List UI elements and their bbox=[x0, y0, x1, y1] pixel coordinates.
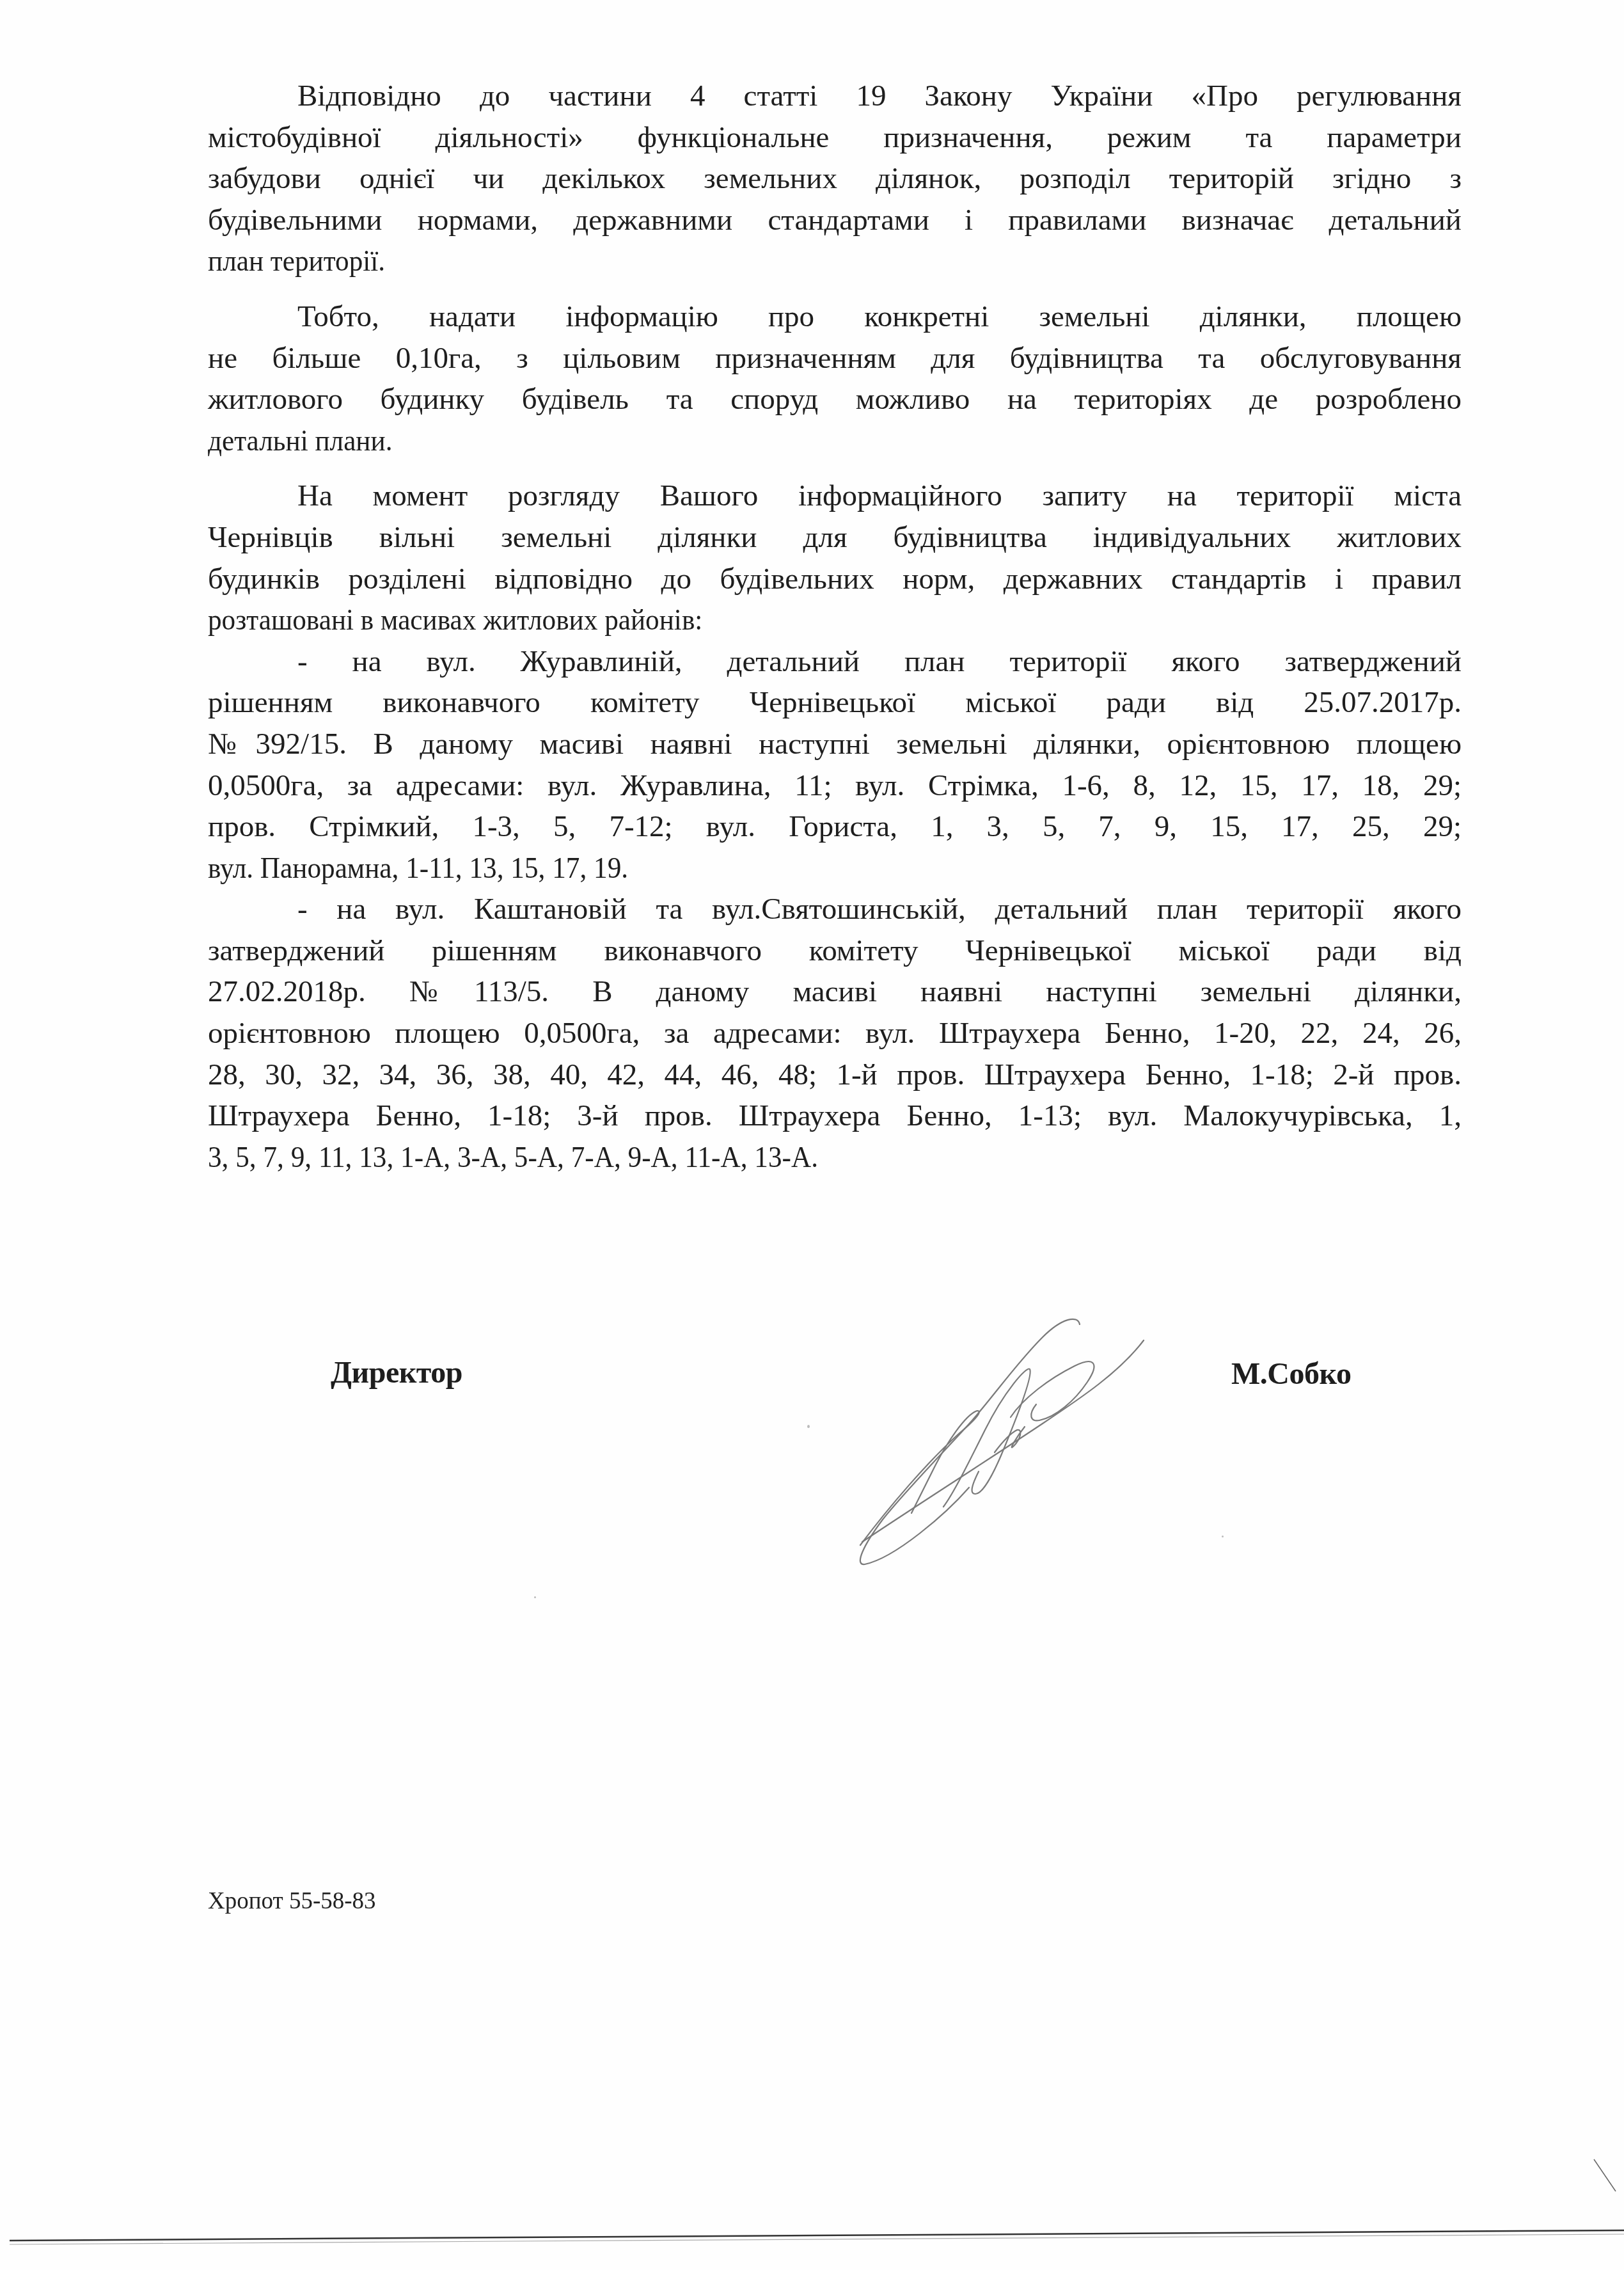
text-line: рішенням виконавчого комітету Чернівецьк… bbox=[208, 682, 1462, 724]
paragraph-current-status: На момент розгляду Вашого інформаційного… bbox=[208, 475, 1462, 640]
text-line: не більше 0,10га, з цільовим призначення… bbox=[208, 338, 1462, 379]
text-line: забудови однієї чи декількох земельних д… bbox=[208, 158, 1462, 200]
handwritten-signature-icon bbox=[857, 1302, 1158, 1577]
paragraph-clarification: Тобто, надати інформацію про конкретні з… bbox=[208, 296, 1462, 461]
text-line: будівельними нормами, державними стандар… bbox=[208, 200, 1462, 241]
letter-body: Відповідно до частини 4 статті 19 Закону… bbox=[208, 75, 1462, 1178]
text-line: 28, 30, 32, 34, 36, 38, 40, 42, 44, 46, … bbox=[208, 1054, 1462, 1096]
text-line: №392/15. В даному масиві наявні наступні… bbox=[208, 724, 1462, 765]
text-line: Штраухера Бенно, 1-18; 3-й пров. Штраухе… bbox=[208, 1095, 1462, 1137]
text-line: розташовані в масивах житлових районів: bbox=[208, 599, 1361, 641]
text-line: вул. Панорамна, 1-11, 13, 15, 17, 19. bbox=[208, 848, 1361, 889]
signatory-title: Директор bbox=[331, 1355, 462, 1390]
list-item-zhuravlyna: - на вул. Журавлиній, детальний план тер… bbox=[208, 641, 1462, 889]
text-line: - на вул. Журавлиній, детальний план тер… bbox=[208, 641, 1462, 683]
scan-speck-icon bbox=[534, 1596, 536, 1598]
text-line: план території. bbox=[208, 241, 1361, 282]
text-line: 0,0500га, за адресами: вул. Журавлина, 1… bbox=[208, 765, 1462, 807]
text-line: пров. Стрімкий, 1-3, 5, 7-12; вул. Горис… bbox=[208, 806, 1462, 848]
text-line: будинків розділені відповідно до будівел… bbox=[208, 559, 1462, 600]
paragraph-legal-basis: Відповідно до частини 4 статті 19 Закону… bbox=[208, 75, 1462, 282]
footer-contact: Хропот 55-58-83 bbox=[208, 1887, 376, 1915]
text-line: - на вул. Каштановій та вул.Святошинські… bbox=[208, 889, 1462, 930]
text-line: затверджений рішенням виконавчого коміте… bbox=[208, 930, 1462, 972]
text-line: містобудівної діяльності» функціональне … bbox=[208, 117, 1462, 159]
text-line: Тобто, надати інформацію про конкретні з… bbox=[208, 296, 1462, 338]
list-item-kashtanova: - на вул. Каштановій та вул.Святошинські… bbox=[208, 889, 1462, 1178]
scan-corner-mark-icon bbox=[1593, 2156, 1618, 2195]
text-line: 27.02.2018р. №113/5. В даному масиві ная… bbox=[208, 971, 1462, 1013]
scan-speck-icon bbox=[807, 1425, 810, 1428]
text-line: житлового будинку будівель та споруд мож… bbox=[208, 379, 1462, 420]
scan-speck-icon bbox=[1222, 1536, 1224, 1537]
text-line: На момент розгляду Вашого інформаційного… bbox=[208, 475, 1462, 517]
text-line: орієнтовною площею 0,0500га, за адресами… bbox=[208, 1013, 1462, 1054]
signatory-name: М.Собко bbox=[1231, 1356, 1352, 1392]
text-line: Чернівців вільні земельні ділянки для бу… bbox=[208, 517, 1462, 559]
text-line: Відповідно до частини 4 статті 19 Закону… bbox=[208, 75, 1462, 117]
scanned-letter-page: Відповідно до частини 4 статті 19 Закону… bbox=[0, 0, 1624, 2270]
scan-edge-line-icon bbox=[10, 2226, 1624, 2246]
text-line: детальні плани. bbox=[208, 420, 1361, 462]
text-line: 3, 5, 7, 9, 11, 13, 1-А, 3-А, 5-А, 7-А, … bbox=[208, 1137, 1361, 1179]
